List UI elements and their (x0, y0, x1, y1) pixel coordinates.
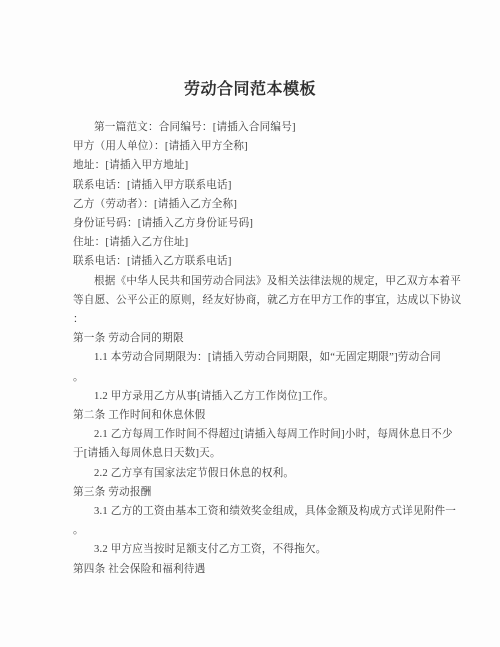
text-line: ： (73, 310, 445, 329)
text-line: 1.2 甲方录用乙方从事[请插入乙方工作岗位]工作。 (73, 387, 445, 406)
text-line: 3.2 甲方应当按时足额支付乙方工资，不得拖欠。 (73, 540, 445, 559)
text-line: 第一篇范文：合同编号：[请插入合同编号] (73, 118, 445, 137)
text-line: 。 (73, 368, 445, 387)
text-line: 第三条 劳动报酬 (73, 483, 445, 502)
text-line: 3.1 乙方的工资由基本工资和绩效奖金组成，具体金额及构成方式详见附件一 (73, 502, 445, 521)
text-line: 住址：[请插入乙方住址] (73, 233, 445, 252)
document-title: 劳动合同范本模板 (0, 76, 500, 99)
text-line: 根据《中华人民共和国劳动合同法》及相关法律法规的规定，甲乙双方本着平 (73, 272, 445, 291)
document-body: 第一篇范文：合同编号：[请插入合同编号]甲方（用人单位）：[请插入甲方全称]地址… (73, 118, 445, 579)
text-line: 联系电话：[请插入甲方联系电话] (73, 176, 445, 195)
text-line: 联系电话：[请插入乙方联系电话] (73, 252, 445, 271)
text-line: 。 (73, 521, 445, 540)
text-line: 2.2 乙方享有国家法定节假日休息的权利。 (73, 464, 445, 483)
document-page: 劳动合同范本模板 第一篇范文：合同编号：[请插入合同编号]甲方（用人单位）：[请… (0, 0, 500, 647)
text-line: 第一条 劳动合同的期限 (73, 329, 445, 348)
text-line: 于[请插入每周休息日天数]天。 (73, 444, 445, 463)
text-line: 乙方（劳动者）：[请插入乙方全称] (73, 195, 445, 214)
text-line: 身份证号码：[请插入乙方身份证号码] (73, 214, 445, 233)
text-line: 甲方（用人单位）：[请插入甲方全称] (73, 137, 445, 156)
text-line: 第二条 工作时间和休息休假 (73, 406, 445, 425)
text-line: 地址：[请插入甲方地址] (73, 156, 445, 175)
text-line: 等自愿、公平公正的原则，经友好协商，就乙方在甲方工作的事宜，达成以下协议 (73, 291, 445, 310)
text-line: 1.1 本劳动合同期限为：[请插入劳动合同期限，如“无固定期限”]劳动合同 (73, 348, 445, 367)
text-line: 2.1 乙方每周工作时间不得超过[请插入每周工作时间]小时，每周休息日不少 (73, 425, 445, 444)
text-line: 第四条 社会保险和福利待遇 (73, 560, 445, 579)
